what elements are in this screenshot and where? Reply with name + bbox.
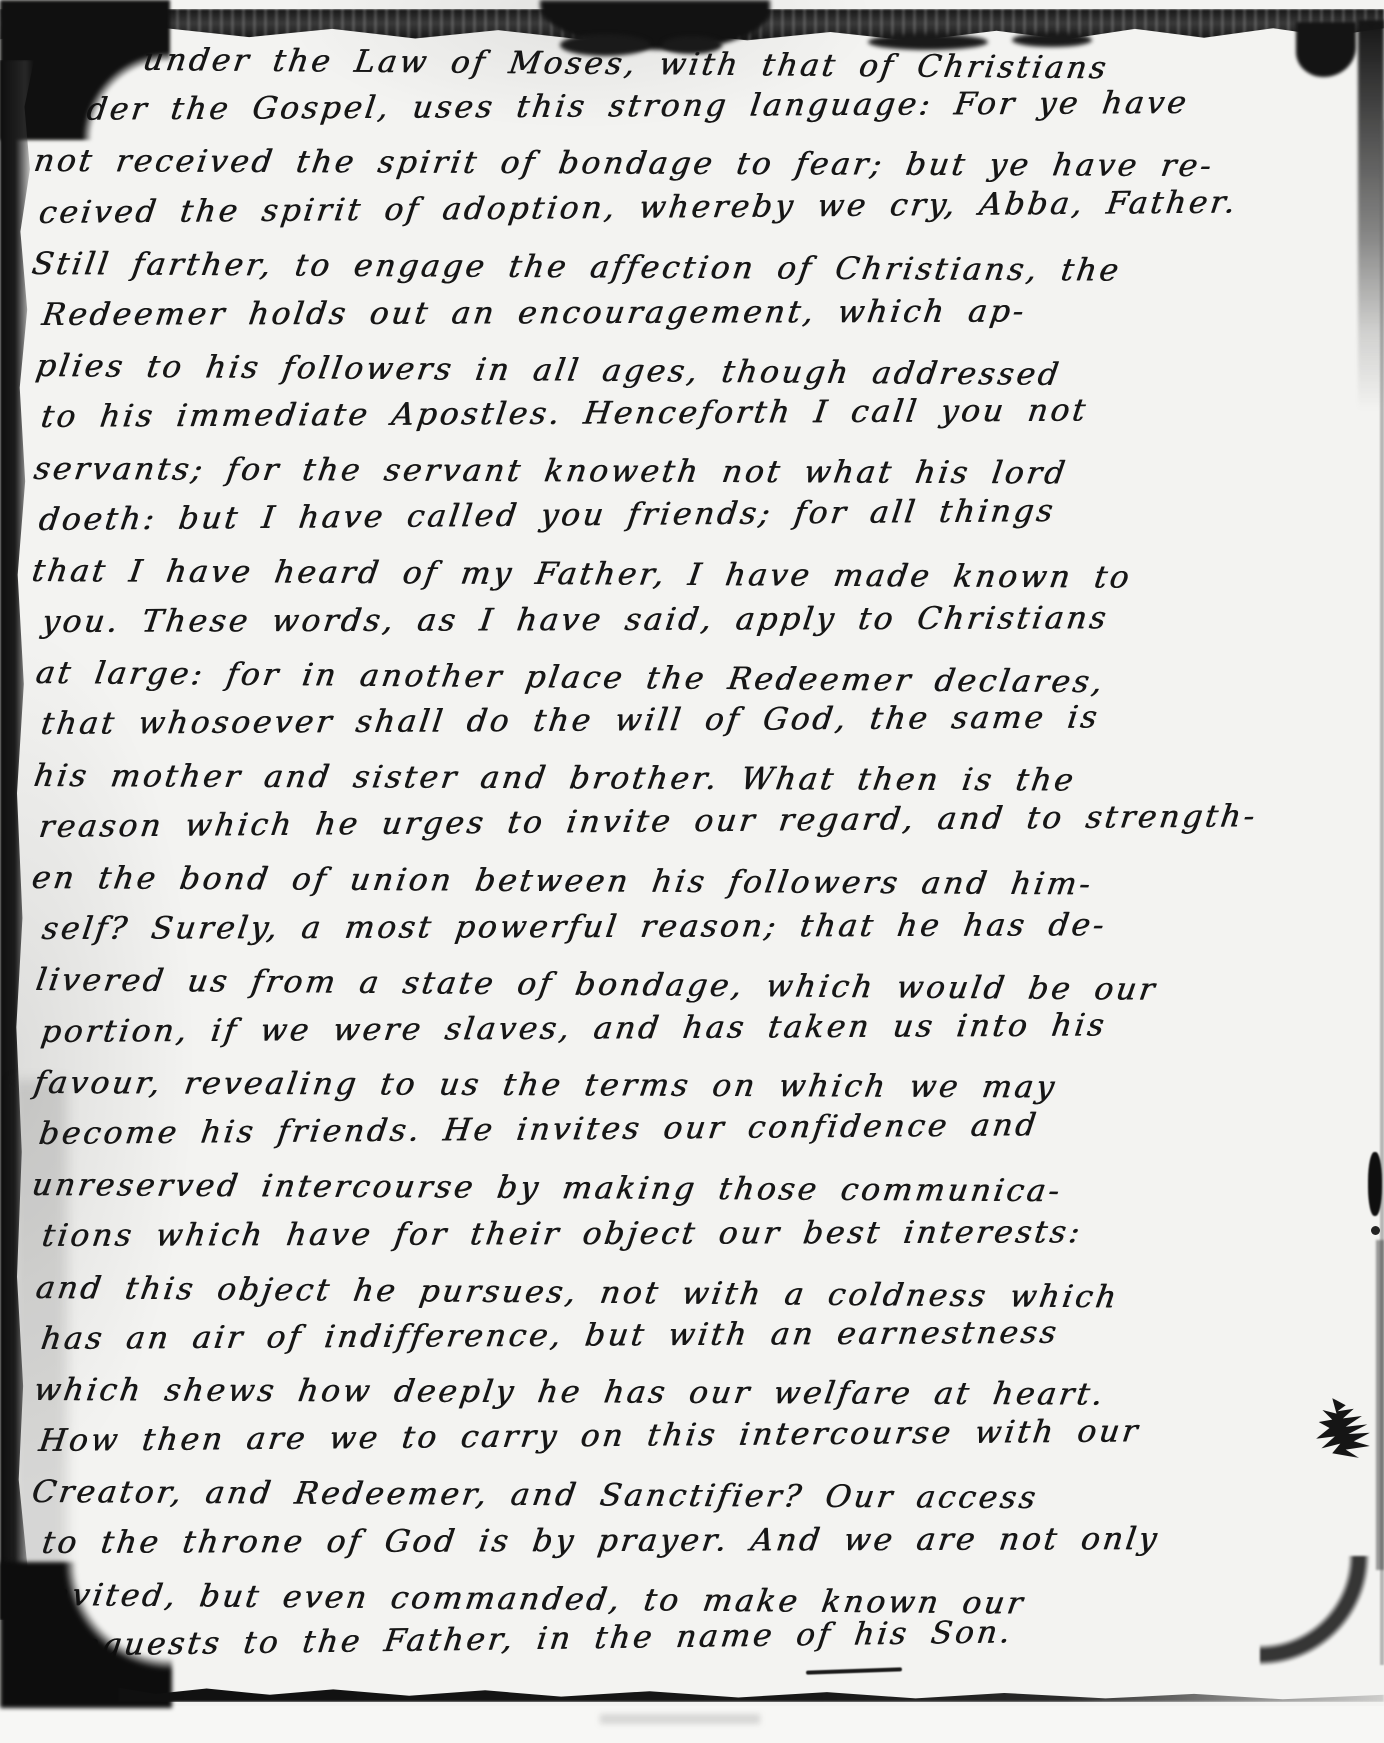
manuscript-line-text: you. These words, as I have said, apply … [38, 593, 1111, 648]
scan-edge-drip [868, 34, 988, 50]
manuscript-line: under the Gospel, uses this strong langu… [41, 77, 1361, 136]
scan-edge-bottom [118, 1684, 1384, 1702]
scan-edge-drip [1012, 33, 1092, 47]
manuscript-line: portion, if we were slaves, and has take… [41, 998, 1361, 1057]
manuscript-line: you. These words, as I have said, apply … [42, 592, 1362, 648]
manuscript-line: that whosoever shall do the will of God,… [41, 691, 1361, 750]
manuscript-line: reason which he urges to invite our rega… [39, 790, 1359, 853]
manuscript-line-text: to his immediate Apostles. Henceforth I … [38, 386, 1092, 444]
manuscript-text-block: Jews under the Law of Moses, with that o… [36, 34, 1356, 1672]
manuscript-line-text: become his friends. He invites our confi… [36, 1100, 1042, 1160]
manuscript-line: to his immediate Apostles. Henceforth I … [41, 384, 1361, 443]
scan-edge-drip [560, 34, 650, 56]
manuscript-line-text: that whosoever shall do the will of God,… [38, 693, 1103, 751]
manuscript-line: to the throne of God is by prayer. And w… [42, 1514, 1362, 1570]
manuscript-line-text: reason which he urges to invite our rega… [36, 791, 1261, 853]
manuscript-line: Redeemer holds out an encouragement, whi… [42, 285, 1362, 341]
scan-edge-drip [662, 36, 722, 54]
manuscript-line: How then are we to carry on this interco… [39, 1405, 1359, 1468]
ink-dot-right [1371, 1226, 1380, 1235]
manuscript-line-text: How then are we to carry on this interco… [36, 1406, 1144, 1467]
manuscript-line-text: portion, if we were slaves, and has take… [38, 1000, 1110, 1058]
manuscript-line: has an air of indifference, but with an … [41, 1306, 1361, 1365]
manuscript-line-text: Redeemer holds out an encouragement, whi… [38, 286, 1029, 341]
manuscript-line: tions which have for their object our be… [42, 1207, 1362, 1263]
manuscript-line-text: tions which have for their object our be… [38, 1208, 1085, 1263]
manuscript-line-text: self? Surely, a most powerful reason; th… [38, 900, 1109, 955]
manuscript-line: ceived the spirit of adoption, whereby w… [39, 176, 1359, 239]
scan-corner-bottom-left [0, 1562, 172, 1708]
ink-streak-right [1368, 1152, 1382, 1216]
manuscript-line-text: has an air of indifference, but with an … [38, 1307, 1063, 1364]
manuscript-line: doeth: but I have called you friends; fo… [39, 483, 1359, 546]
manuscript-line-text: to the throne of God is by prayer. And w… [38, 1515, 1162, 1570]
scan-smudge-below-page [600, 1714, 760, 1724]
manuscript-line-text: under the Gospel, uses this strong langu… [38, 78, 1192, 136]
scan-corner-bottom-right [1260, 1556, 1384, 1700]
scanned-manuscript-page: Jews under the Law of Moses, with that o… [0, 0, 1384, 1706]
manuscript-line-text: doeth: but I have called you friends; fo… [36, 486, 1059, 546]
manuscript-line: become his friends. He invites our confi… [39, 1097, 1359, 1160]
manuscript-line: self? Surely, a most powerful reason; th… [42, 900, 1362, 956]
scan-edge-left-haze [12, 1080, 67, 1620]
scan-streak-right-lower [1376, 1240, 1384, 1570]
manuscript-line-text: ceived the spirit of adoption, whereby w… [36, 177, 1241, 239]
